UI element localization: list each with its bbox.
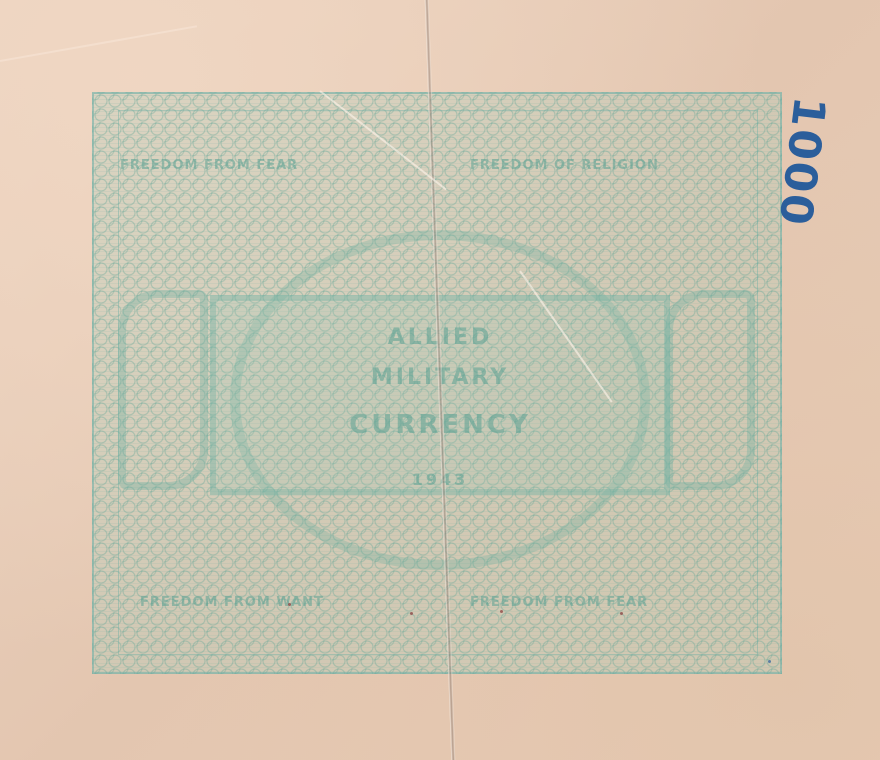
legend-top-left: FREEDOM FROM FEAR: [120, 158, 298, 173]
stain-speck: [500, 610, 503, 613]
center-panel-line-4: 1943: [230, 470, 650, 489]
stain-speck: [288, 603, 291, 606]
left-ornament: [118, 290, 208, 490]
legend-bottom-left: FREEDOM FROM WANT: [140, 595, 324, 610]
ink-speck: [768, 660, 771, 663]
banknote-photo: FREEDOM FROM FEAR FREEDOM OF RELIGION FR…: [0, 0, 880, 760]
legend-bottom-right: FREEDOM FROM FEAR: [470, 595, 648, 610]
legend-top-right: FREEDOM OF RELIGION: [470, 158, 659, 173]
stain-speck: [620, 612, 623, 615]
right-ornament: [665, 290, 755, 490]
stain-speck: [410, 612, 413, 615]
crease: [0, 25, 197, 62]
